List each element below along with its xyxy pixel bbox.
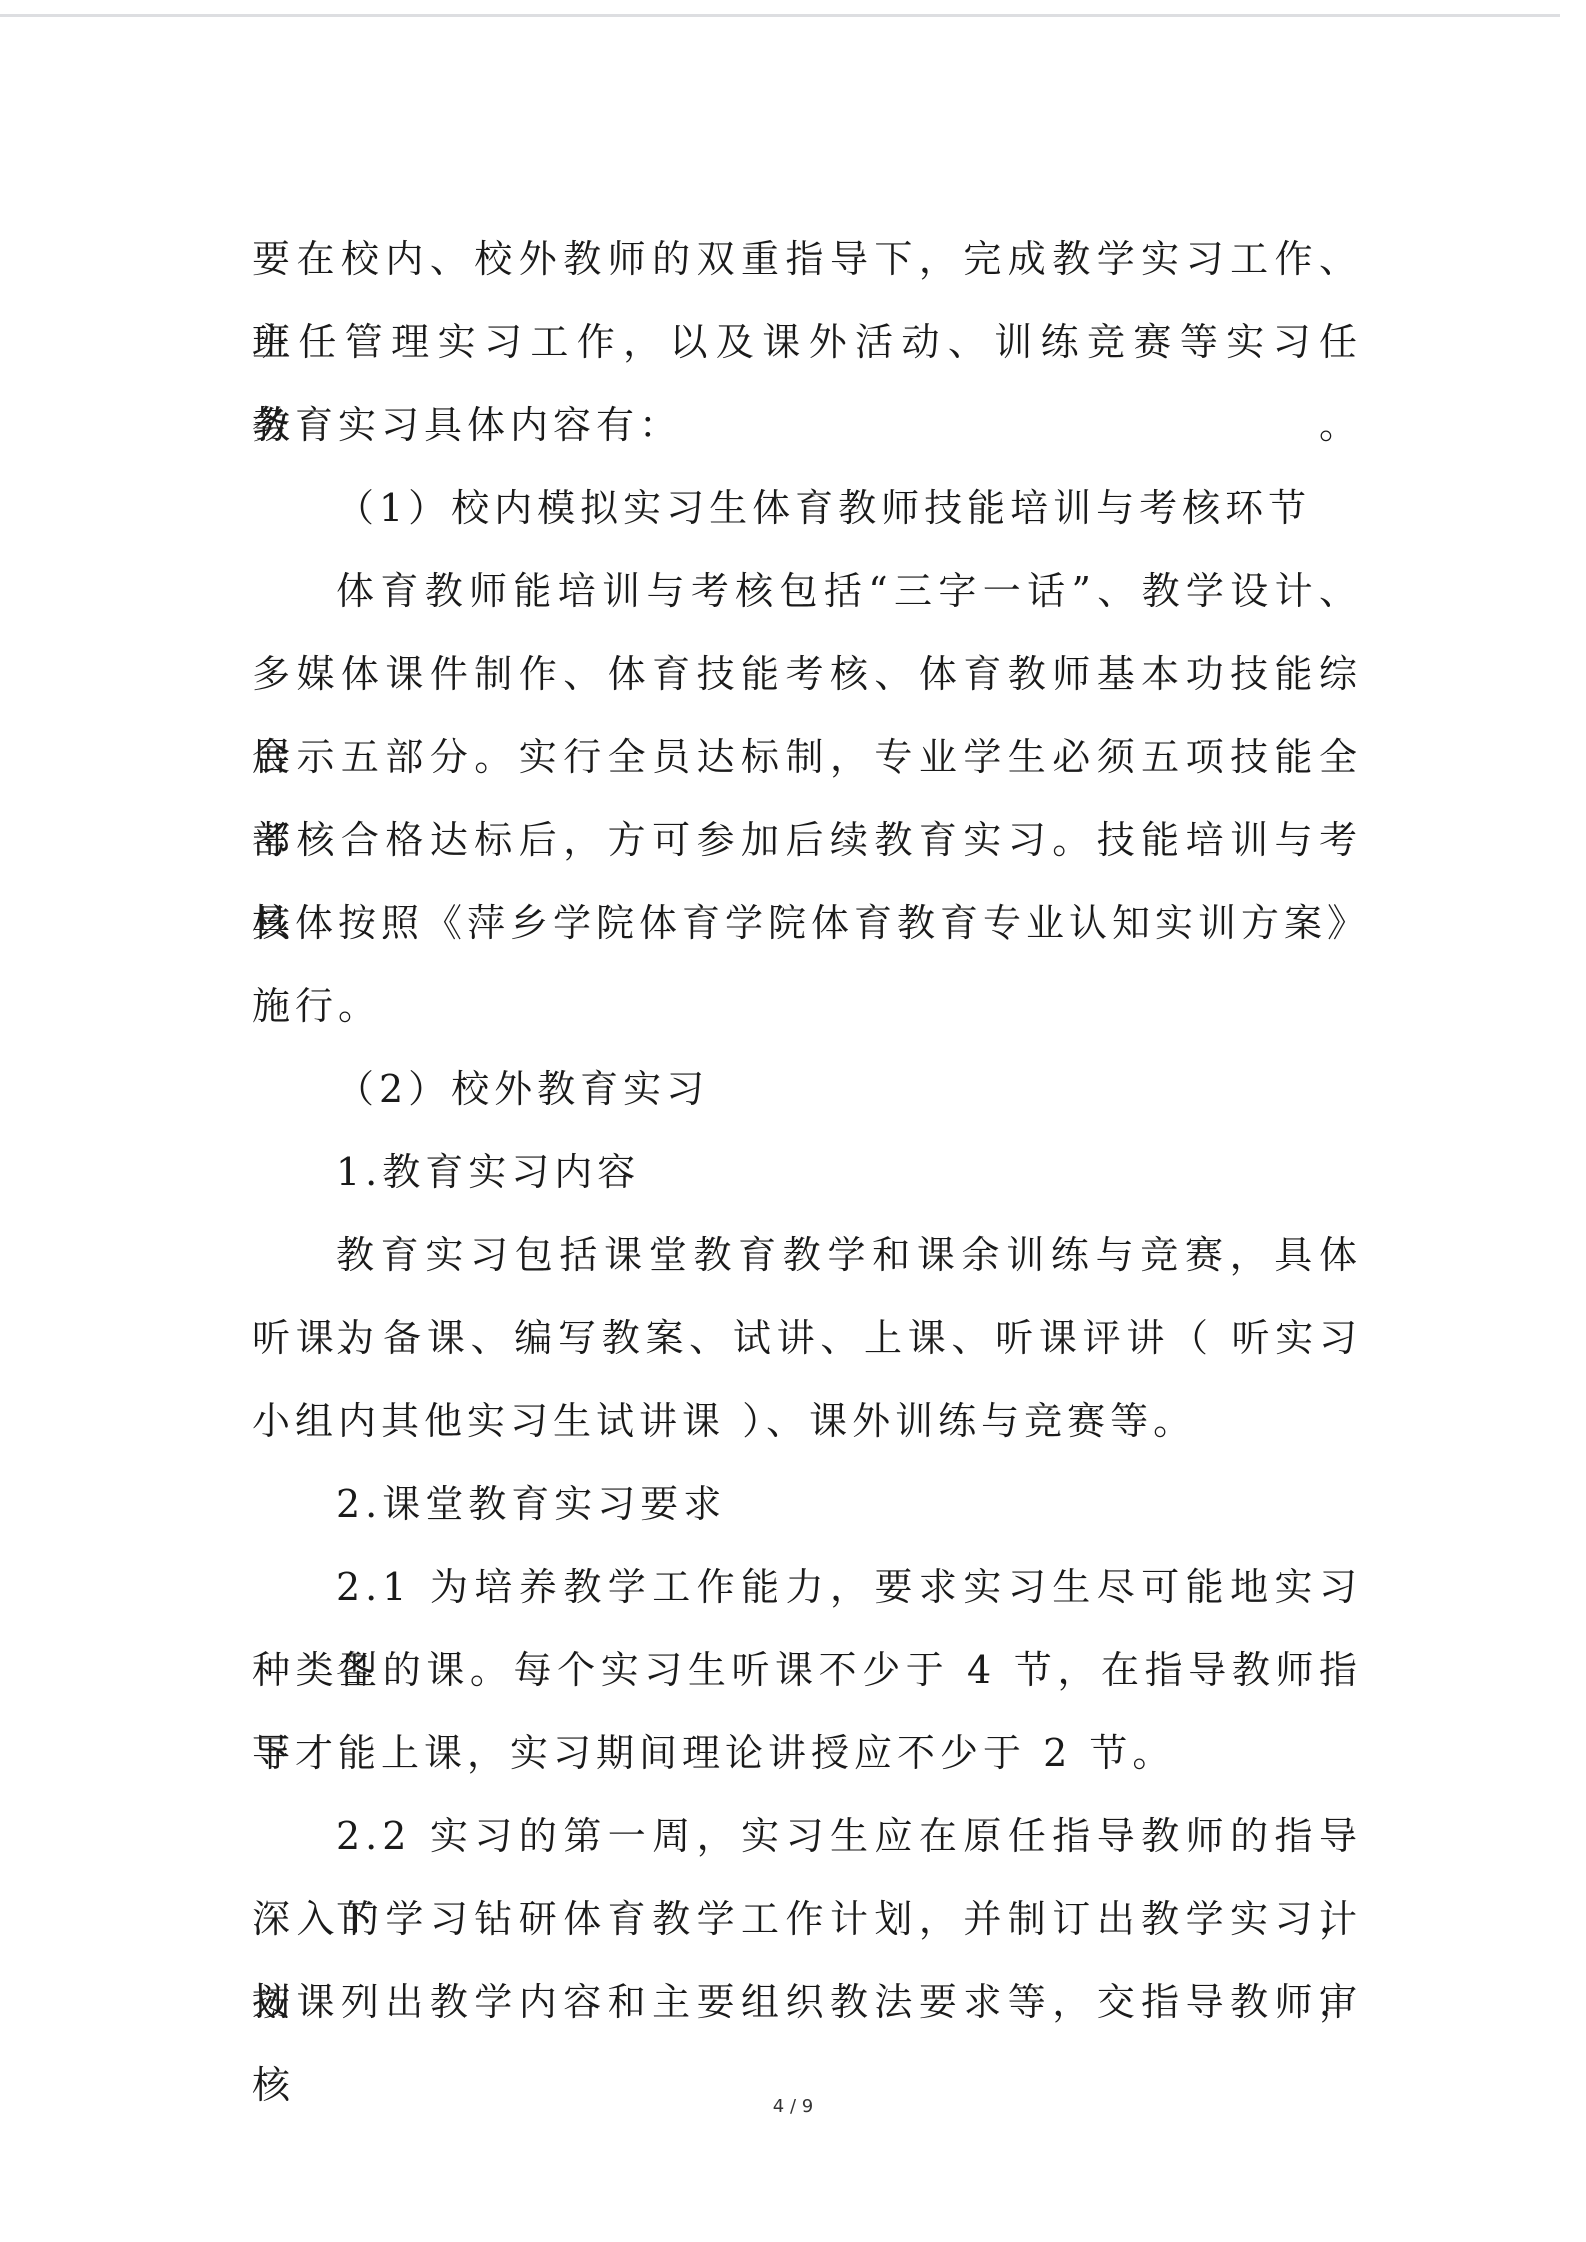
paragraph-line: 要在校内、校外教师的双重指导下，完成教学实习工作、班 xyxy=(252,218,1362,301)
paragraph-line: 多媒体课件制作、体育技能考核、体育教师基本功技能综合 xyxy=(252,633,1362,716)
paragraph-line: 具体按照《萍乡学院体育学院体育教育专业认知实训方案》 xyxy=(252,882,1362,965)
document-page: 要在校内、校外教师的双重指导下，完成教学实习工作、班 主任管理实习工作，以及课外… xyxy=(0,0,1586,2242)
paragraph-line: 施行。 xyxy=(252,965,1362,1048)
subsection-heading-1: 1.教育实习内容 xyxy=(252,1131,1362,1214)
paragraph-line: 主任管理实习工作，以及课外活动、训练竞赛等实习任务。 xyxy=(252,301,1362,384)
section-heading-2: （2）校外教育实习 xyxy=(252,1048,1362,1131)
paragraph-line: 种类型的课。每个实习生听课不少于 4 节，在指导教师指导 xyxy=(252,1629,1362,1712)
paragraph-line: 展示五部分。实行全员达标制，专业学生必须五项技能全部 xyxy=(252,716,1362,799)
scan-edge-divider xyxy=(0,14,1560,17)
paragraph-line: 听课、备课、编写教案、试讲、上课、听课评讲（ 听实习 xyxy=(252,1297,1362,1380)
subsection-heading-2: 2.课堂教育实习要求 xyxy=(252,1463,1362,1546)
page-number: 4 / 9 xyxy=(0,2096,1586,2117)
paragraph-line: 教育实习包括课堂教育教学和课余训练与竞赛，具体为 xyxy=(252,1214,1362,1297)
paragraph-line: 下才能上课，实习期间理论讲授应不少于 2 节。 xyxy=(252,1712,1362,1795)
paragraph-line: 深入的学习钻研体育教学工作计划，并制订出教学实习计划， xyxy=(252,1878,1362,1961)
paragraph-line: 按课列出教学内容和主要组织教法要求等，交指导教师审核 xyxy=(252,1961,1362,2044)
section-heading-1: （1）校内模拟实习生体育教师技能培训与考核环节 xyxy=(252,467,1362,550)
paragraph-line: 体育教师能培训与考核包括“三字一话”、教学设计、 xyxy=(252,550,1362,633)
paragraph-line: 考核合格达标后，方可参加后续教育实习。技能培训与考核 xyxy=(252,799,1362,882)
document-body: 要在校内、校外教师的双重指导下，完成教学实习工作、班 主任管理实习工作，以及课外… xyxy=(252,218,1362,2044)
paragraph-line: 2.1 为培养教学工作能力，要求实习生尽可能地实习各 xyxy=(252,1546,1362,1629)
paragraph-line: 2.2 实习的第一周，实习生应在原任指导教师的指导下， xyxy=(252,1795,1362,1878)
paragraph-line: 小组内其他实习生试讲课 ）、课外训练与竞赛等。 xyxy=(252,1380,1362,1463)
